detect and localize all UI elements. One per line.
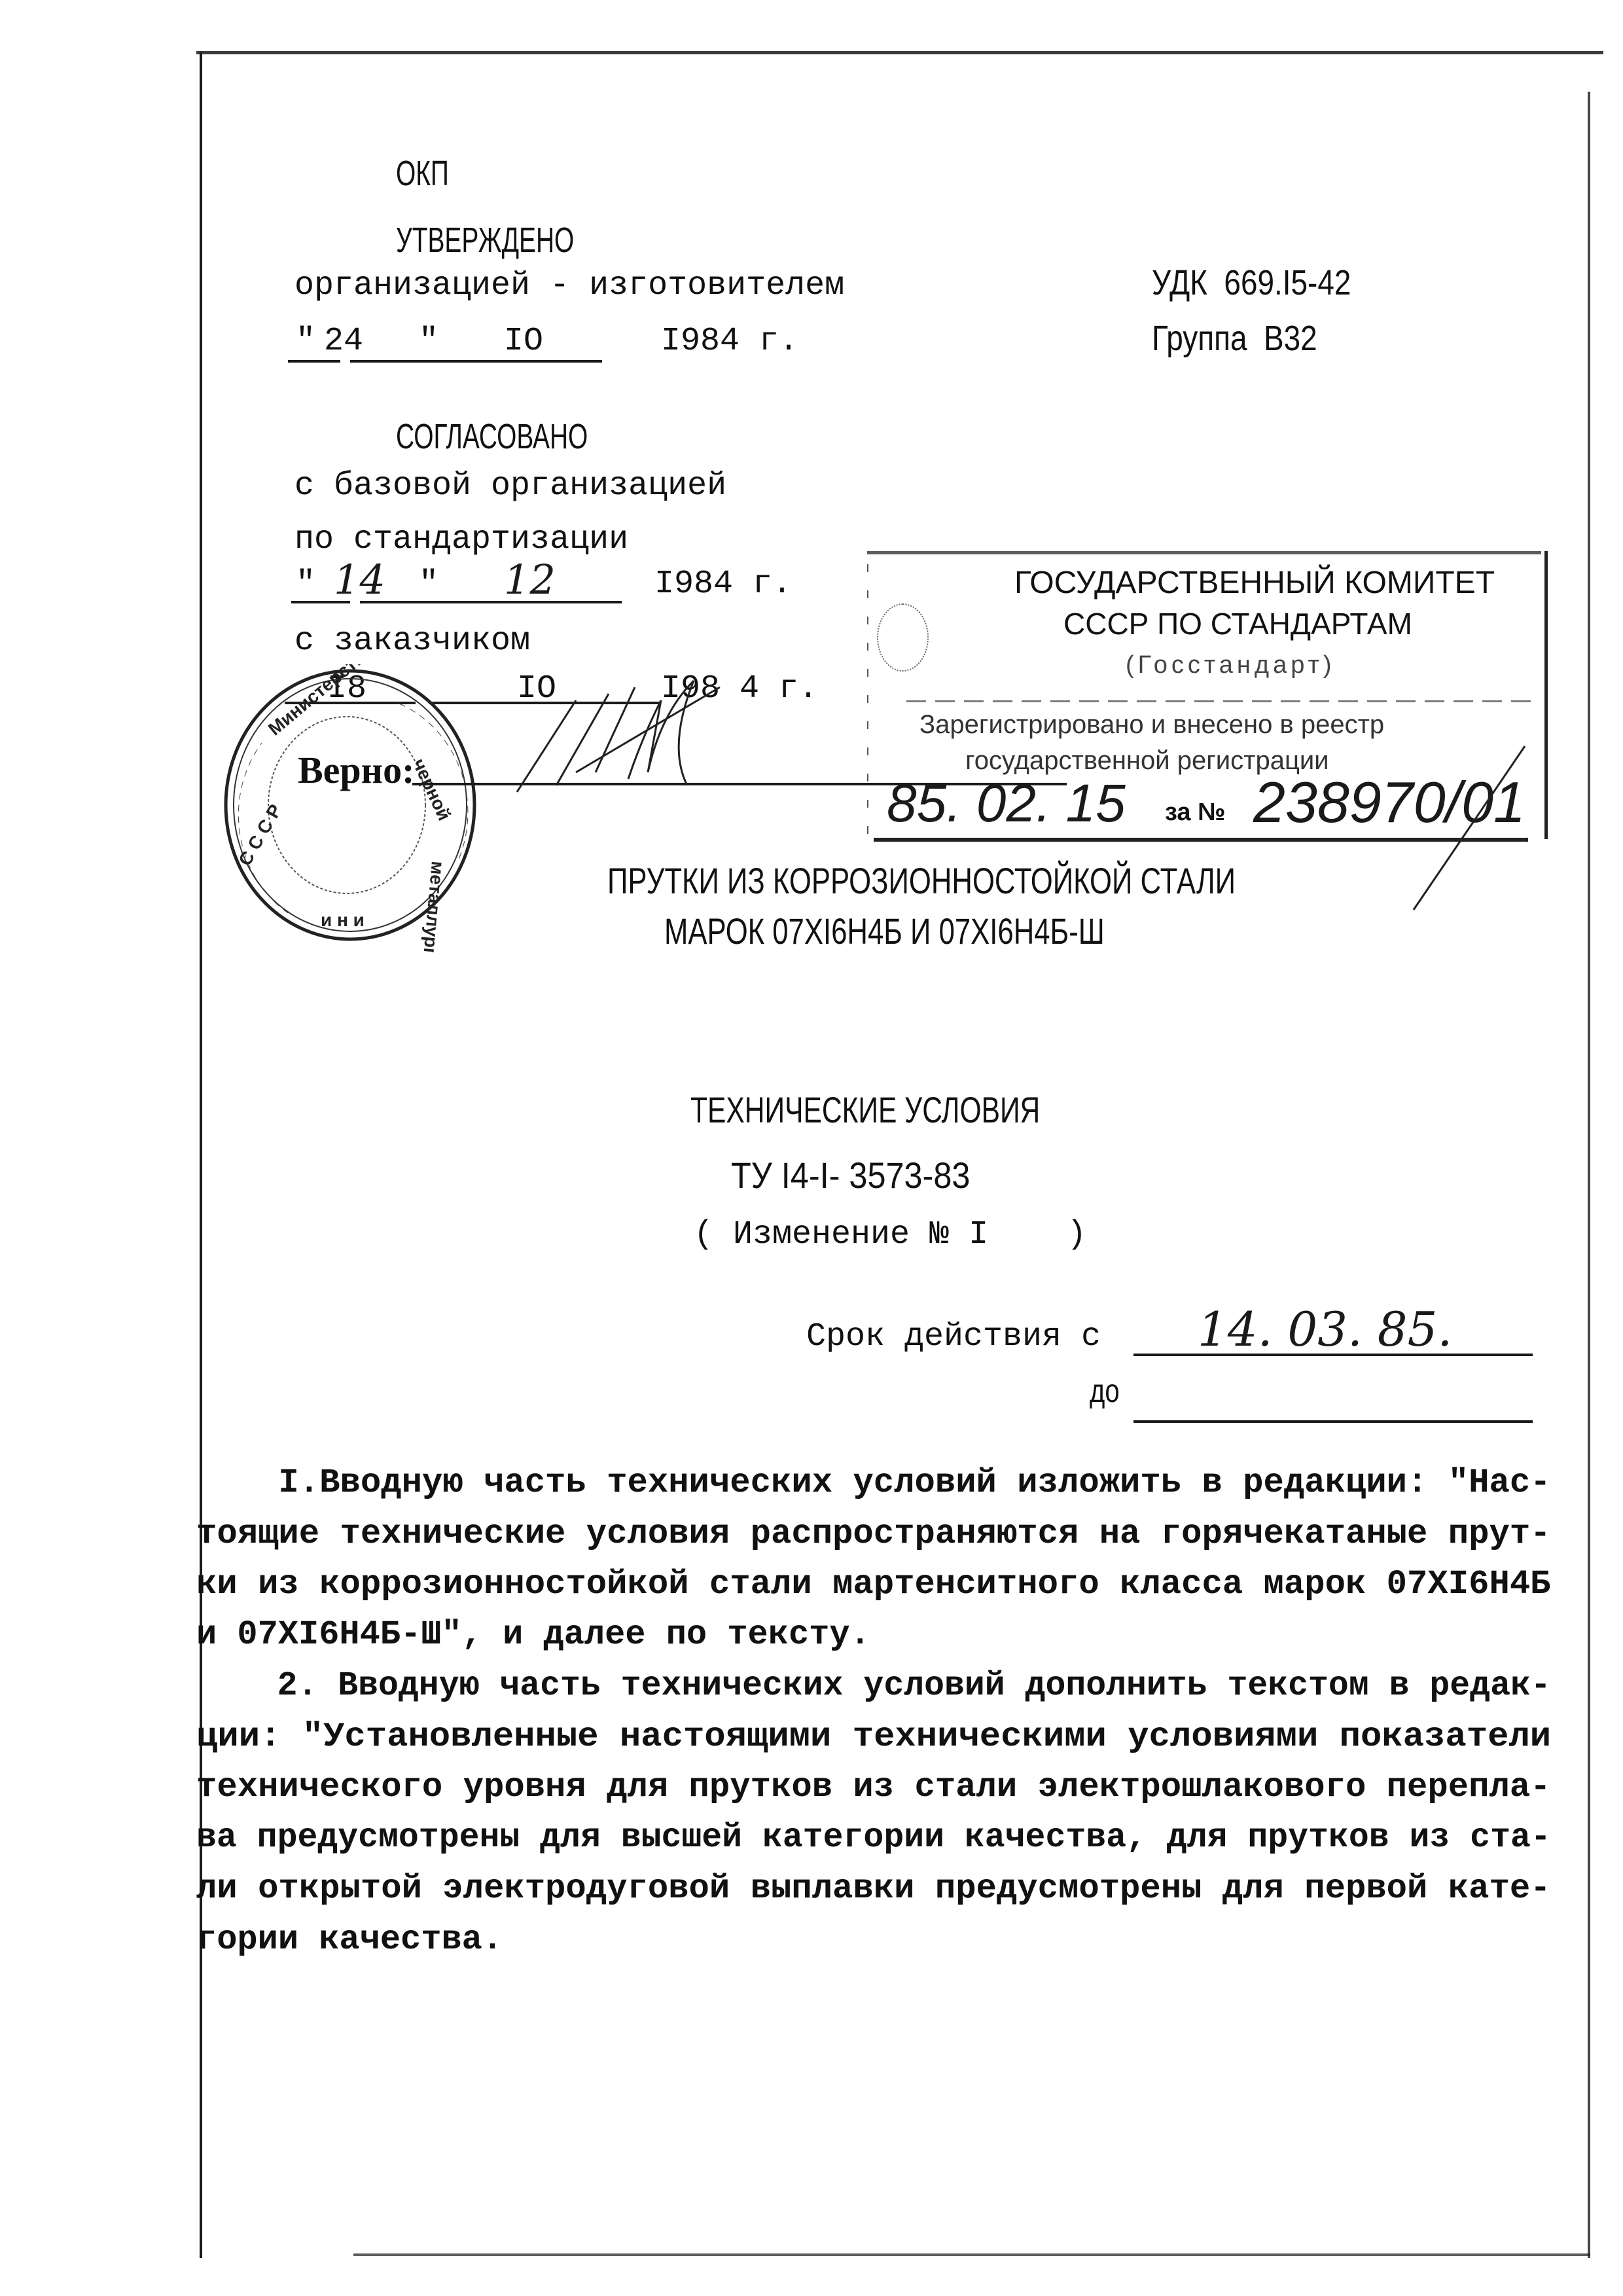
page-frame-top: [196, 51, 1603, 54]
stamp-line-ussr: СССР ПО СТАНДАРТАМ: [1063, 609, 1412, 639]
approved-month-underline-2: [471, 360, 602, 363]
paragraph-2-line: 2. Вводную часть технических условий доп…: [196, 1669, 1551, 1703]
approved-year: I984 г.: [661, 325, 798, 358]
page-frame-bottom: [353, 2253, 1590, 2256]
svg-text:черной: черной: [409, 755, 455, 823]
stamp-line-registered: Зарегистрировано и внесено в реестр: [919, 711, 1384, 738]
okp-label: ОКП: [396, 156, 449, 191]
agreed-std-day-underline: [291, 601, 350, 603]
registration-za-label: за №: [1165, 800, 1225, 825]
validity-to-underline: [1133, 1420, 1533, 1423]
validity-to-label: до: [1090, 1374, 1120, 1407]
approved-day-underline: [288, 360, 340, 363]
document-page: ОКП УТВЕРЖДЕНО организацией - изготовите…: [0, 0, 1623, 2296]
paragraph-2-line: технического уровня для прутков из стали…: [196, 1770, 1551, 1804]
agreed-std-month: 12: [504, 560, 556, 600]
svg-text:и н и: и н и: [321, 910, 365, 930]
agreed-standardization: по стандартизации: [294, 524, 628, 556]
customer-label: с заказчиком: [294, 625, 530, 658]
product-group: Группа В32: [1152, 321, 1317, 356]
paragraph-1-line: и 07XI6Н4Б-Ш", и далее по тексту.: [196, 1618, 870, 1652]
svg-text:С С С Р: С С С Р: [234, 801, 285, 869]
approved-month: IO: [504, 325, 543, 358]
verified-label: Верно:: [298, 751, 414, 789]
svg-text:металлургии: металлургии: [418, 860, 448, 952]
agreed-base-org: с базовой организацией: [294, 470, 726, 503]
document-title-line2: МАРОК 07XI6Н4Б И 07XI6Н4Б-Ш: [664, 913, 1105, 950]
approved-month-underline: [350, 360, 471, 363]
spec-type: ТЕХНИЧЕСКИЕ УСЛОВИЯ: [690, 1092, 1040, 1128]
paragraph-1-line: I.Вводную часть технических условий изло…: [196, 1466, 1551, 1500]
validity-from-label: Срок действия с: [806, 1321, 1101, 1354]
approved-quote-close: ": [419, 325, 438, 358]
paragraph-2-line: ва предусмотрены для высшей категории ка…: [196, 1821, 1551, 1855]
validity-from-date: 14. 03. 85.: [1198, 1306, 1452, 1353]
svg-text:Министерство: Министерство: [264, 664, 378, 740]
spec-number: ТУ I4-I- 3573-83: [731, 1157, 970, 1194]
signature-icon: [497, 674, 759, 805]
udk-code: УДК 669.I5-42: [1152, 265, 1351, 300]
spec-change-number: ( Изменение № I ): [694, 1219, 1086, 1251]
stamp-line-committee: ГОСУДАРСТВЕННЫЙ КОМИТЕТ: [1014, 567, 1495, 599]
agreed-std-year: I984 г.: [654, 568, 792, 601]
organization-seal: С С С Р Министерство черной металлургии …: [223, 664, 497, 952]
approved-title: УТВЕРЖДЕНО: [396, 223, 574, 258]
agreed-std-month-underline-2: [491, 601, 622, 603]
paragraph-1-line: ки из коррозионностойкой стали мартенсит…: [196, 1568, 1551, 1602]
paragraph-2-line: ли открытой электродуговой выплавки пред…: [196, 1872, 1551, 1906]
paragraph-2-line: гории качества.: [196, 1923, 503, 1957]
page-frame-right: [1588, 92, 1590, 2258]
document-title-line1: ПРУТКИ ИЗ КОРРОЗИОННОСТОЙКОЙ СТАЛИ: [607, 863, 1236, 899]
paragraph-1-line: тоящие технические условия распространяю…: [196, 1517, 1551, 1551]
validity-from-underline: [1133, 1354, 1533, 1356]
approved-by: организацией - изготовителем: [294, 270, 844, 302]
stamp-line-gosstandart: (Госстандарт): [1126, 653, 1336, 677]
registration-date: 85. 02. 15: [887, 777, 1126, 831]
state-emblem-icon: [877, 603, 929, 672]
approved-day: 24: [324, 325, 363, 358]
agreed-title: СОГЛАСОВАНО: [396, 419, 588, 454]
agreed-std-day: 14: [334, 560, 385, 600]
paragraph-2-line: ции: "Установленные настоящими техническ…: [196, 1720, 1551, 1754]
stamp-slash-icon: [1407, 740, 1538, 916]
approved-quote-open: ": [296, 325, 315, 358]
agreed-std-month-underline: [360, 601, 491, 603]
